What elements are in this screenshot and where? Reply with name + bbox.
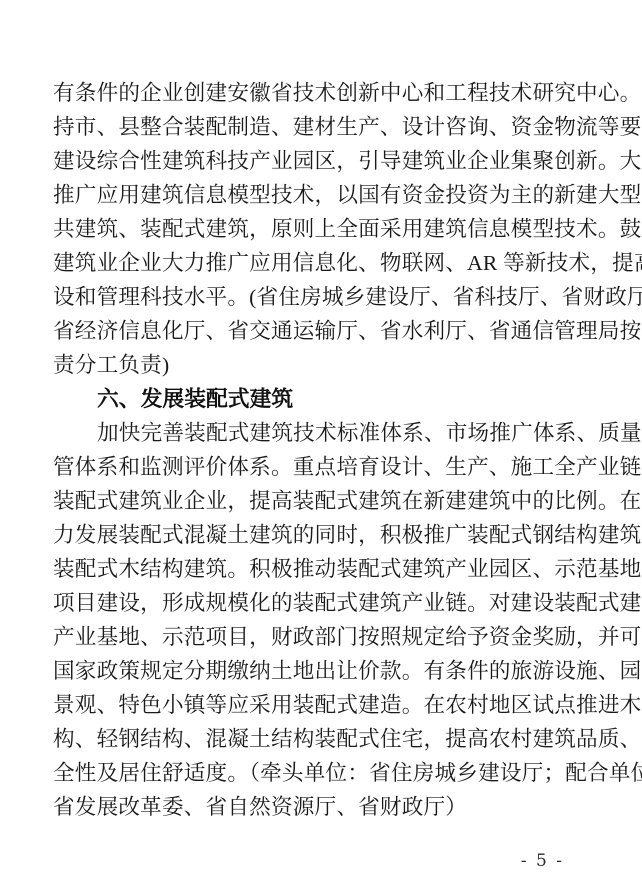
- text-line: 景观、特色小镇等应采用装配式建造。在农村地区试点推进木结: [53, 688, 593, 722]
- text-line: 管体系和监测评价体系。重点培育设计、生产、施工全产业链的: [53, 450, 593, 484]
- paragraph-continuation: 有条件的企业创建安徽省技术创新中心和工程技术研究中心。支持市、县整合装配制造、建…: [53, 76, 593, 382]
- section-heading: 六、发展装配式建筑: [53, 382, 593, 416]
- text-line: 设和管理科技水平。(省住房城乡建设厅、省科技厅、省财政厅、: [53, 280, 593, 314]
- text-line: 项目建设，形成规模化的装配式建筑产业链。对建设装配式建筑: [53, 586, 593, 620]
- text-line: 省经济信息化厅、省交通运输厅、省水利厅、省通信管理局按职: [53, 314, 593, 348]
- text-line: 装配式建筑业企业，提高装配式建筑在新建建筑中的比例。在大: [53, 484, 593, 518]
- paragraph-section-body: 加快完善装配式建筑技术标准体系、市场推广体系、质量监管体系和监测评价体系。重点培…: [53, 416, 593, 824]
- text-line: 全性及居住舒适度。（牵头单位：省住房城乡建设厅；配合单位：: [53, 756, 593, 790]
- body-text: 有条件的企业创建安徽省技术创新中心和工程技术研究中心。支持市、县整合装配制造、建…: [53, 76, 593, 824]
- text-line: 持市、县整合装配制造、建材生产、设计咨询、资金物流等要素，: [53, 110, 593, 144]
- text-line: 力发展装配式混凝土建筑的同时，积极推广装配式钢结构建筑和: [53, 518, 593, 552]
- text-line: 构、轻钢结构、混凝土结构装配式住宅，提高农村建筑品质、安: [53, 722, 593, 756]
- text-line: 建设综合性建筑科技产业园区，引导建筑业企业集聚创新。大力: [53, 144, 593, 178]
- text-line: 责分工负责): [53, 348, 593, 382]
- text-line: 有条件的企业创建安徽省技术创新中心和工程技术研究中心。支: [53, 76, 593, 110]
- text-line: 产业基地、示范项目，财政部门按照规定给予资金奖励，并可按: [53, 620, 593, 654]
- text-line: 建筑业企业大力推广应用信息化、物联网、AR 等新技术，提高建: [53, 246, 593, 280]
- text-line: 推广应用建筑信息模型技术，以国有资金投资为主的新建大型公: [53, 178, 593, 212]
- page-number: - 5 -: [521, 851, 564, 871]
- document-page: 有条件的企业创建安徽省技术创新中心和工程技术研究中心。支持市、县整合装配制造、建…: [0, 0, 642, 889]
- text-line: 省发展改革委、省自然资源厅、省财政厅）: [53, 790, 593, 824]
- text-line: 装配式木结构建筑。积极推动装配式建筑产业园区、示范基地和: [53, 552, 593, 586]
- text-line: 加快完善装配式建筑技术标准体系、市场推广体系、质量监: [53, 416, 593, 450]
- text-line: 国家政策规定分期缴纳土地出让价款。有条件的旅游设施、园林: [53, 654, 593, 688]
- page-footer: - 5 -: [521, 851, 564, 871]
- text-line: 共建筑、装配式建筑，原则上全面采用建筑信息模型技术。鼓励: [53, 212, 593, 246]
